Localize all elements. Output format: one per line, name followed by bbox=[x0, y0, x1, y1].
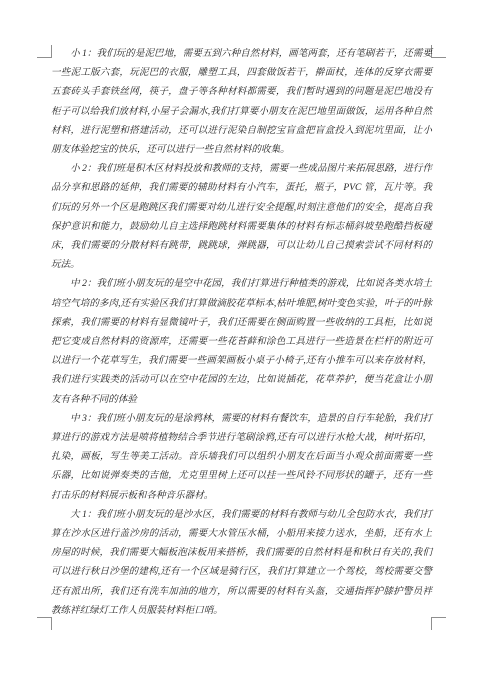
paragraph-zhong3: 中 3：我们班小朋友玩的是涂鸦林，需要的材料有餐饮车，造景的自行车轮胎，我们打算… bbox=[51, 409, 432, 505]
margin-crop-mark-top-right bbox=[431, 45, 446, 58]
paragraph-xiao2: 小 2：我们班是积木区材料投放和教师的支持，需要一些成品图片来拓展思路，进行作品… bbox=[51, 159, 432, 274]
margin-crop-mark-bottom-left bbox=[37, 617, 52, 630]
paragraph-xiao1: 小 1：我们玩的是泥巴地，需要五到六种自然材料，画笔两套，还有笔刷若干，还需要一… bbox=[51, 44, 432, 159]
document-page: 小 1：我们玩的是泥巴地，需要五到六种自然材料，画笔两套，还有笔刷若干，还需要一… bbox=[0, 0, 483, 673]
margin-crop-mark-top-left bbox=[37, 45, 52, 58]
margin-crop-mark-bottom-right bbox=[431, 617, 446, 630]
paragraph-zhong2: 中 2：我们班小朋友玩的是空中花园，我们打算进行种植类的游戏，比如说各类水培土培… bbox=[51, 274, 432, 408]
paragraph-da1: 大 1：我们班小朋友玩的是沙水区，我们需要的材料有教师与幼儿全包防水衣，我们打算… bbox=[51, 505, 432, 620]
page-text-body: 小 1：我们玩的是泥巴地，需要五到六种自然材料，画笔两套，还有笔刷若干，还需要一… bbox=[51, 44, 432, 620]
